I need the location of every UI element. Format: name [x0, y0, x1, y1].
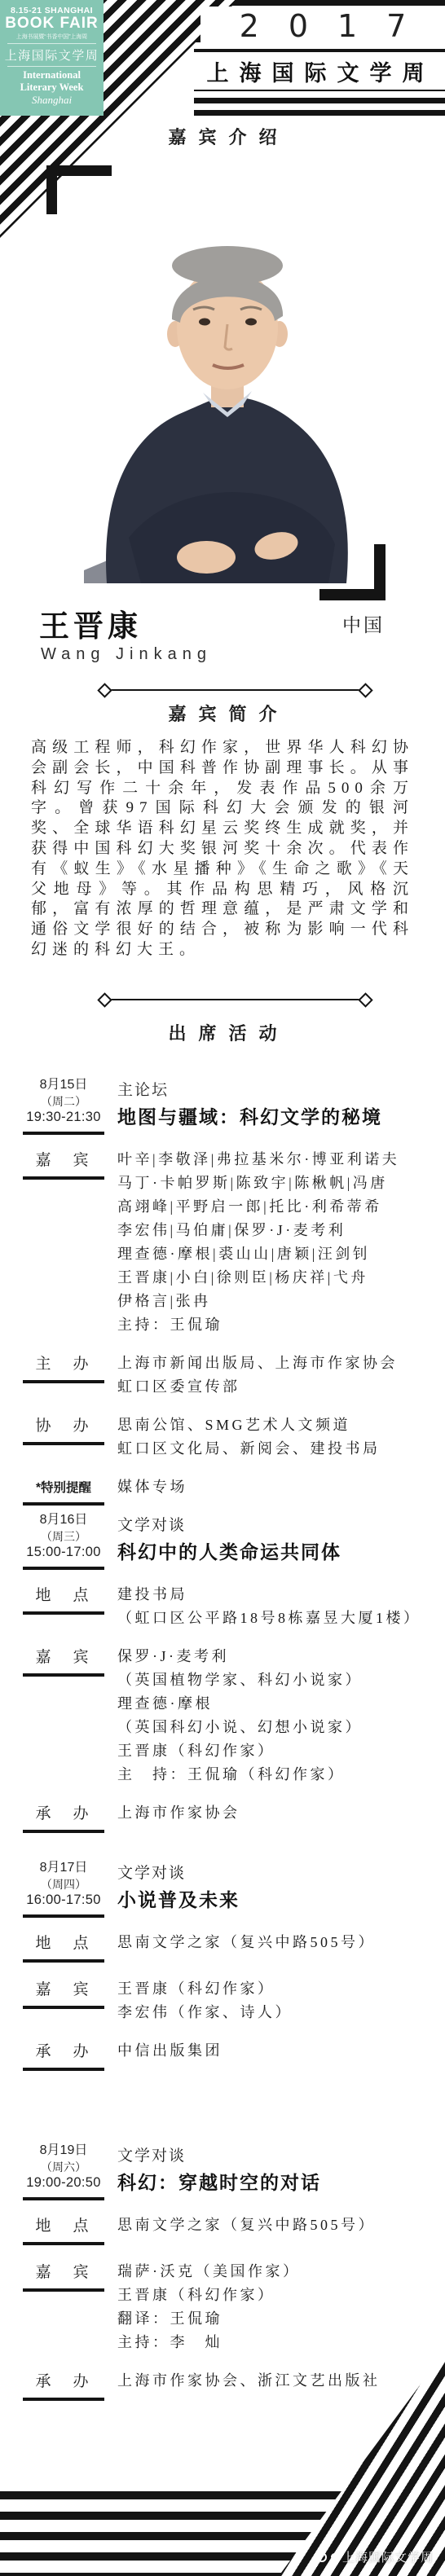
event-date-day: 8月19日 — [23, 2143, 104, 2160]
logo-en-line2: Literary Week — [0, 81, 104, 94]
event-row-venue: 地 点 思南文学之家（复兴中路505号） — [23, 2213, 424, 2245]
row-label: 嘉 宾 — [23, 2260, 104, 2292]
row-label: 主 办 — [23, 1352, 104, 1383]
event-header: 8月17日 （周四） 16:00-17:50 文学对谈 小说普及未来 — [23, 1860, 424, 1918]
diamond-icon — [97, 683, 112, 697]
diamond-divider — [99, 684, 371, 696]
guest-portrait-illustration — [84, 218, 361, 583]
guest-name-row: 王晋康 中国 — [39, 601, 385, 645]
event-header: 8月15日 （周二） 19:30-21:30 主论坛 地图与疆域：科幻文学的秘境 — [23, 1077, 424, 1135]
organizer-line: 虹口区委宣传部 — [117, 1375, 424, 1399]
event-row-special-note: *特别提醒 媒体专场 — [23, 1475, 424, 1506]
organizer-line: 上海市新闻出版局、上海市作家协会 — [117, 1352, 424, 1375]
event-4: 8月19日 （周六） 19:00-20:50 文学对谈 科幻：穿越时空的对话 地… — [23, 2143, 424, 2416]
event-date-time: 19:00-20:50 — [23, 2174, 104, 2191]
banner-year-band: 2017 — [200, 7, 445, 46]
guest-line: 伊格言|张冉 — [117, 1290, 424, 1313]
row-content: 保罗·J·麦考利 （英国植物学家、科幻小说家） 理查德·摩根 （英国科幻小说、幻… — [117, 1645, 424, 1787]
event-type: 文学对谈 — [117, 1513, 424, 1535]
event-row-guests: 嘉 宾 保罗·J·麦考利 （英国植物学家、科幻小说家） 理查德·摩根 （英国科幻… — [23, 1645, 424, 1787]
event-date-weekday: （周四） — [23, 1877, 104, 1892]
venue-line: 思南文学之家（复兴中路505号） — [117, 1931, 424, 1954]
row-content: 思南文学之家（复兴中路505号） — [117, 1931, 424, 1963]
event-row-guests: 嘉 宾 叶辛|李敬泽|弗拉基米尔·博亚利诺夫 马丁·卡帕罗斯|陈致宇|陈楸帆|冯… — [23, 1148, 424, 1337]
logo-subtitle: 上海书展暨“书香中国”上海周 — [4, 32, 99, 40]
footer-logo-icon — [331, 2553, 338, 2561]
event-title: 小说普及未来 — [117, 1888, 424, 1913]
event-date-weekday: （周六） — [23, 2160, 104, 2174]
row-label: 嘉 宾 — [23, 1645, 104, 1677]
translator-line: 翻译：王侃瑜 — [117, 2307, 424, 2331]
co-organizer-line: 思南公馆、SMG艺术人文频道 — [117, 1413, 424, 1437]
row-content: 中信出版集团 — [117, 2039, 424, 2071]
guest-line: 马丁·卡帕罗斯|陈致宇|陈楸帆|冯唐 — [117, 1172, 424, 1195]
logo-en-line1: International — [0, 69, 104, 81]
event-type: 主论坛 — [117, 1078, 424, 1100]
special-note-line: 媒体专场 — [117, 1475, 424, 1499]
event-2: 8月16日 （周三） 15:00-17:00 文学对谈 科幻中的人类命运共同体 … — [23, 1512, 424, 1848]
row-content: 思南公馆、SMG艺术人文频道 虹口区文化局、新阅会、建投书局 — [117, 1413, 424, 1461]
row-content: 上海市作家协会、浙江文艺出版社 — [117, 2369, 424, 2401]
corner-bracket-bottom-right — [319, 544, 386, 600]
footer-logo-icon — [317, 2552, 327, 2562]
row-label: 承 办 — [23, 2039, 104, 2071]
venue-line: 建投书局 — [117, 1583, 424, 1607]
event-date-weekday: （周二） — [23, 1094, 104, 1109]
divider-line — [110, 689, 360, 691]
event-date-day: 8月15日 — [23, 1077, 104, 1094]
event-titles: 主论坛 地图与疆域：科幻文学的秘境 — [117, 1077, 424, 1135]
event-date: 8月19日 （周六） 19:00-20:50 — [23, 2143, 104, 2200]
diamond-divider — [99, 994, 371, 1005]
event-titles: 文学对谈 小说普及未来 — [117, 1860, 424, 1918]
divider-line — [110, 999, 360, 1000]
guest-line: 王晋康（科幻作家） — [117, 2284, 424, 2307]
guest-line: （英国科幻小说、幻想小说家） — [117, 1716, 424, 1739]
co-organizer-line: 虹口区文化局、新阅会、建投书局 — [117, 1437, 424, 1461]
book-fair-logo: 8.15-21 SHANGHAI BOOK FAIR 上海书展暨“书香中国”上海… — [0, 0, 104, 116]
row-content: 建投书局 （虹口区公平路18号8栋嘉昱大厦1楼） — [117, 1583, 424, 1630]
section-title-events: 出席活动 — [0, 1020, 445, 1045]
row-content: 媒体专场 — [117, 1475, 424, 1506]
event-type: 文学对谈 — [117, 2143, 424, 2165]
host-line: 主持：李 灿 — [117, 2331, 424, 2354]
guest-line: 理查德·摩根 — [117, 1692, 424, 1716]
event-date-weekday: （周三） — [23, 1529, 104, 1544]
guest-name-cn: 王晋康 — [39, 601, 142, 645]
venue-line: 思南文学之家（复兴中路505号） — [117, 2213, 424, 2237]
logo-divider — [7, 66, 96, 67]
event-date-time: 19:30-21:30 — [23, 1109, 104, 1126]
corner-bracket-top-left — [46, 165, 112, 214]
event-title: 科幻：穿越时空的对话 — [117, 2171, 424, 2196]
guest-country: 中国 — [342, 610, 385, 637]
undertaker-line: 上海市作家协会 — [117, 1801, 424, 1825]
diamond-icon — [358, 992, 372, 1007]
banner-year: 2017 — [240, 8, 436, 44]
venue-line: （虹口区公平路18号8栋嘉昱大厦1楼） — [117, 1607, 424, 1630]
guest-line: 瑞萨·沃克（美国作家） — [117, 2260, 424, 2284]
event-3: 8月17日 （周四） 16:00-17:50 文学对谈 小说普及未来 地 点 思… — [23, 1860, 424, 2086]
event-row-undertaker: 承 办 中信出版集团 — [23, 2039, 424, 2071]
row-content: 王晋康（科幻作家） 李宏伟（作家、诗人） — [117, 1977, 424, 2024]
logo-cn-name: 上海国际文学周 — [0, 46, 104, 64]
diamond-icon — [97, 992, 112, 1007]
row-label: 承 办 — [23, 2369, 104, 2401]
event-row-co-organizer: 协 办 思南公馆、SMG艺术人文频道 虹口区文化局、新阅会、建投书局 — [23, 1413, 424, 1461]
guest-name-en: Wang Jinkang — [41, 645, 212, 664]
event-date: 8月17日 （周四） 16:00-17:50 — [23, 1860, 104, 1918]
guest-line: （英国植物学家、科幻小说家） — [117, 1668, 424, 1692]
guest-line: 王晋康（科幻作家） — [117, 1739, 424, 1763]
row-label: *特别提醒 — [23, 1475, 104, 1506]
guest-line: 李宏伟|马伯庸|保罗·J·麦考利 — [117, 1219, 424, 1242]
guest-line: 理查德·摩根|裘山山|唐颖|汪剑钊 — [117, 1242, 424, 1266]
guest-photo — [84, 218, 361, 583]
row-label: 地 点 — [23, 2213, 104, 2245]
row-label: 嘉 宾 — [23, 1148, 104, 1180]
event-row-venue: 地 点 建投书局 （虹口区公平路18号8栋嘉昱大厦1楼） — [23, 1583, 424, 1630]
guest-line: 王晋康（科幻作家） — [117, 1977, 424, 2001]
undertaker-line: 上海市作家协会、浙江文艺出版社 — [117, 2369, 424, 2393]
event-row-undertaker: 承 办 上海市作家协会、浙江文艺出版社 — [23, 2369, 424, 2401]
event-title: 地图与疆域：科幻文学的秘境 — [117, 1106, 424, 1130]
event-1: 8月15日 （周二） 19:30-21:30 主论坛 地图与疆域：科幻文学的秘境… — [23, 1077, 424, 1520]
host-line: 主持：王侃瑜 — [117, 1313, 424, 1337]
row-label: 地 点 — [23, 1931, 104, 1963]
host-line: 主 持：王侃瑜（科幻作家） — [117, 1763, 424, 1787]
logo-script-shanghai: Shanghai — [0, 94, 104, 107]
guest-line: 王晋康|小白|徐则臣|杨庆祥|弋舟 — [117, 1266, 424, 1290]
row-label: 承 办 — [23, 1801, 104, 1833]
banner-title-band: 上海国际文学周 — [186, 52, 445, 90]
guest-line: 李宏伟（作家、诗人） — [117, 2001, 424, 2024]
guest-line: 保罗·J·麦考利 — [117, 1645, 424, 1668]
row-content: 叶辛|李敬泽|弗拉基米尔·博亚利诺夫 马丁·卡帕罗斯|陈致宇|陈楸帆|冯唐 高翊… — [117, 1148, 424, 1337]
banner-title: 上海国际文学周 — [207, 55, 435, 87]
event-titles: 文学对谈 科幻：穿越时空的对话 — [117, 2143, 424, 2200]
event-header: 8月19日 （周六） 19:00-20:50 文学对谈 科幻：穿越时空的对话 — [23, 2143, 424, 2200]
event-titles: 文学对谈 科幻中的人类命运共同体 — [117, 1512, 424, 1570]
event-date-day: 8月17日 — [23, 1860, 104, 1877]
event-row-venue: 地 点 思南文学之家（复兴中路505号） — [23, 1931, 424, 1963]
section-title-guest-bio: 嘉宾简介 — [0, 701, 445, 726]
event-row-guests: 嘉 宾 瑞萨·沃克（美国作家） 王晋康（科幻作家） 翻译：王侃瑜 主持：李 灿 — [23, 2260, 424, 2354]
guest-bio-text: 高级工程师，科幻作家，世界华人科幻协会副会长，中国科普作协副理事长。从事科幻写作… — [31, 738, 414, 961]
logo-title: BOOK FAIR — [0, 15, 104, 32]
event-title: 科幻中的人类命运共同体 — [117, 1541, 424, 1565]
event-row-undertaker: 承 办 上海市作家协会 — [23, 1801, 424, 1833]
undertaker-line: 中信出版集团 — [117, 2039, 424, 2063]
event-type: 文学对谈 — [117, 1861, 424, 1883]
event-date-day: 8月16日 — [23, 1512, 104, 1529]
event-row-guests: 嘉 宾 王晋康（科幻作家） 李宏伟（作家、诗人） — [23, 1977, 424, 2024]
row-content: 思南文学之家（复兴中路505号） — [117, 2213, 424, 2245]
guest-line: 高翊峰|平野启一郎|托比·利希蒂希 — [117, 1195, 424, 1219]
event-date-time: 15:00-17:00 — [23, 1544, 104, 1561]
row-label: 协 办 — [23, 1413, 104, 1445]
row-label: 地 点 — [23, 1583, 104, 1615]
event-row-organizer: 主 办 上海市新闻出版局、上海市作家协会 虹口区委宣传部 — [23, 1352, 424, 1399]
event-date: 8月16日 （周三） 15:00-17:00 — [23, 1512, 104, 1570]
event-date: 8月15日 （周二） 19:30-21:30 — [23, 1077, 104, 1135]
section-title-guest-intro: 嘉宾介绍 — [0, 124, 445, 149]
row-content: 瑞萨·沃克（美国作家） 王晋康（科幻作家） 翻译：王侃瑜 主持：李 灿 — [117, 2260, 424, 2354]
logo-divider — [7, 43, 96, 44]
footer-watermark: 上海国际文学周 — [317, 2548, 434, 2565]
event-date-time: 16:00-17:50 — [23, 1892, 104, 1909]
poster-page: 8.15-21 SHANGHAI BOOK FAIR 上海书展暨“书香中国”上海… — [0, 0, 445, 2576]
row-label: 嘉 宾 — [23, 1977, 104, 2009]
guest-line: 叶辛|李敬泽|弗拉基米尔·博亚利诺夫 — [117, 1148, 424, 1172]
row-content: 上海市作家协会 — [117, 1801, 424, 1833]
row-content: 上海市新闻出版局、上海市作家协会 虹口区委宣传部 — [117, 1352, 424, 1399]
footer-watermark-text: 上海国际文学周 — [342, 2548, 434, 2565]
event-header: 8月16日 （周三） 15:00-17:00 文学对谈 科幻中的人类命运共同体 — [23, 1512, 424, 1570]
diamond-icon — [358, 683, 372, 697]
